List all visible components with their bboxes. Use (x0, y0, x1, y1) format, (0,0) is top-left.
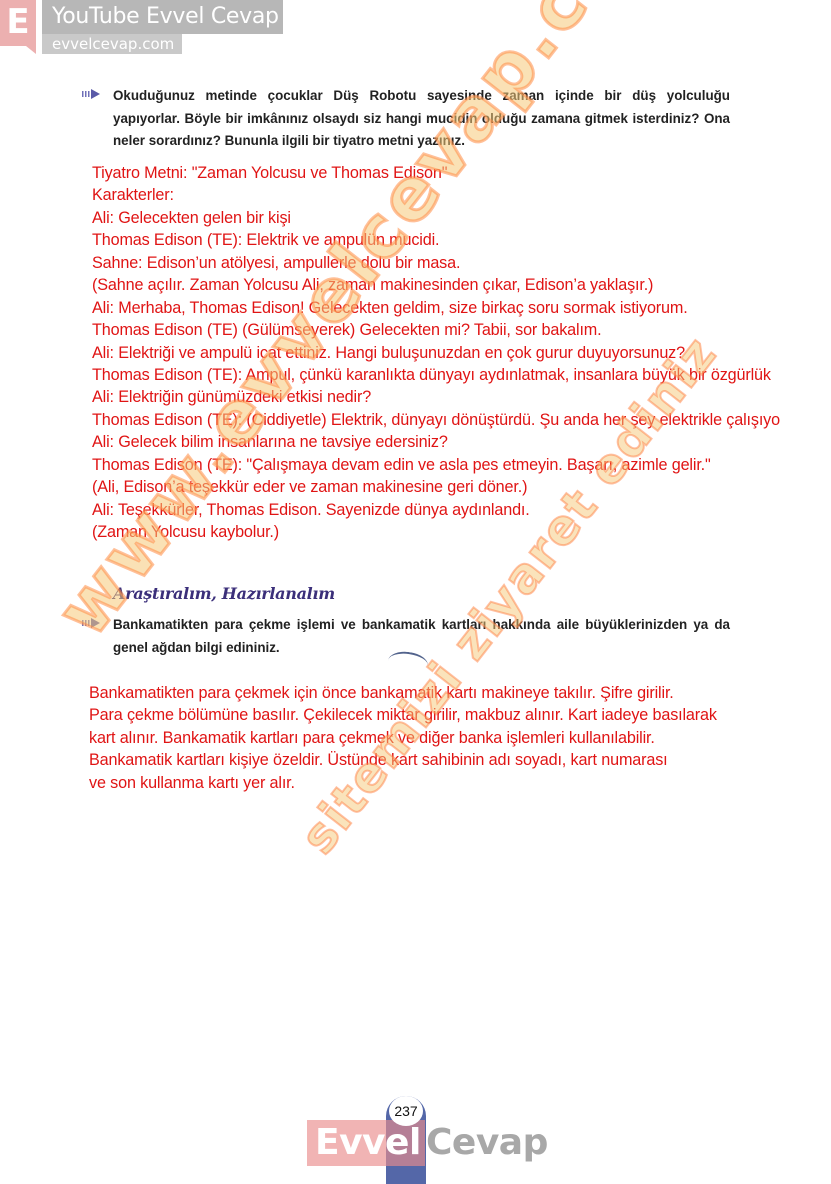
answer-line: Ali: Gelecekten gelen bir kişi (92, 207, 780, 229)
evvelcevap-logo: E (0, 0, 36, 46)
answer-line: Tiyatro Metni: "Zaman Yolcusu ve Thomas … (92, 162, 780, 184)
answer-line: (Zaman Yolcusu kaybolur.) (92, 521, 780, 543)
question-1: Okuduğunuz metinde çocuklar Düş Robotu s… (82, 85, 730, 153)
answer-line: Ali: Merhaba, Thomas Edison! Gelecekten … (92, 297, 780, 319)
answer-line: Thomas Edison (TE): Elektrik ve ampulün … (92, 229, 780, 251)
site-url-link[interactable]: evvelcevap.com (42, 34, 182, 54)
answer-line: Bankamatikten para çekmek için önce bank… (89, 682, 717, 704)
page-number: 237 (389, 1096, 423, 1126)
answer-line: Ali: Teşekkürler, Thomas Edison. Sayeniz… (92, 499, 780, 521)
answer-line: Bankamatik kartları kişiye özeldir. Üstü… (89, 749, 717, 771)
answer-line: Thomas Edison (TE): Ampul, çünkü karanlı… (92, 364, 780, 386)
answer-line: Sahne: Edison’un atölyesi, ampullerle do… (92, 252, 780, 274)
answer-line: Ali: Gelecek bilim insanlarına ne tavsiy… (92, 431, 780, 453)
section-title: Araştıralım, Hazırlanalım (113, 584, 335, 603)
answer-line: ve son kullanma kartı yer alır. (89, 772, 717, 794)
youtube-channel-title[interactable]: YouTube Evvel Cevap (42, 0, 283, 34)
answer-line: Thomas Edison (TE): (Ciddiyetle) Elektri… (92, 409, 780, 431)
arrow-right-icon (82, 618, 104, 628)
answer-line: Ali: Elektriğin günümüzdeki etkisi nedir… (92, 386, 780, 408)
question-2-text: Bankamatikten para çekme işlemi ve banka… (113, 614, 730, 659)
footer-brand-evvel: Evvel (307, 1120, 425, 1166)
answer-1-theater-script: Tiyatro Metni: "Zaman Yolcusu ve Thomas … (92, 162, 780, 543)
footer-brand-cevap: Cevap (426, 1120, 548, 1166)
answer-line: kart alınır. Bankamatik kartları para çe… (89, 727, 717, 749)
question-1-text: Okuduğunuz metinde çocuklar Düş Robotu s… (113, 85, 730, 153)
arrow-right-icon (82, 89, 104, 99)
answer-line: (Ali, Edison’a teşekkür eder ve zaman ma… (92, 476, 780, 498)
answer-line: Para çekme bölümüne basılır. Çekilecek m… (89, 704, 717, 726)
answer-line: (Sahne açılır. Zaman Yolcusu Ali, zaman … (92, 274, 780, 296)
answer-line: Ali: Elektriği ve ampulü icat ettiniz. H… (92, 342, 780, 364)
answer-line: Thomas Edison (TE): "Çalışmaya devam edi… (92, 454, 780, 476)
answer-line: Thomas Edison (TE) (Gülümseyerek) Gelece… (92, 319, 780, 341)
answer-2-atm-info: Bankamatikten para çekmek için önce bank… (89, 682, 717, 794)
answer-line: Karakterler: (92, 184, 780, 206)
